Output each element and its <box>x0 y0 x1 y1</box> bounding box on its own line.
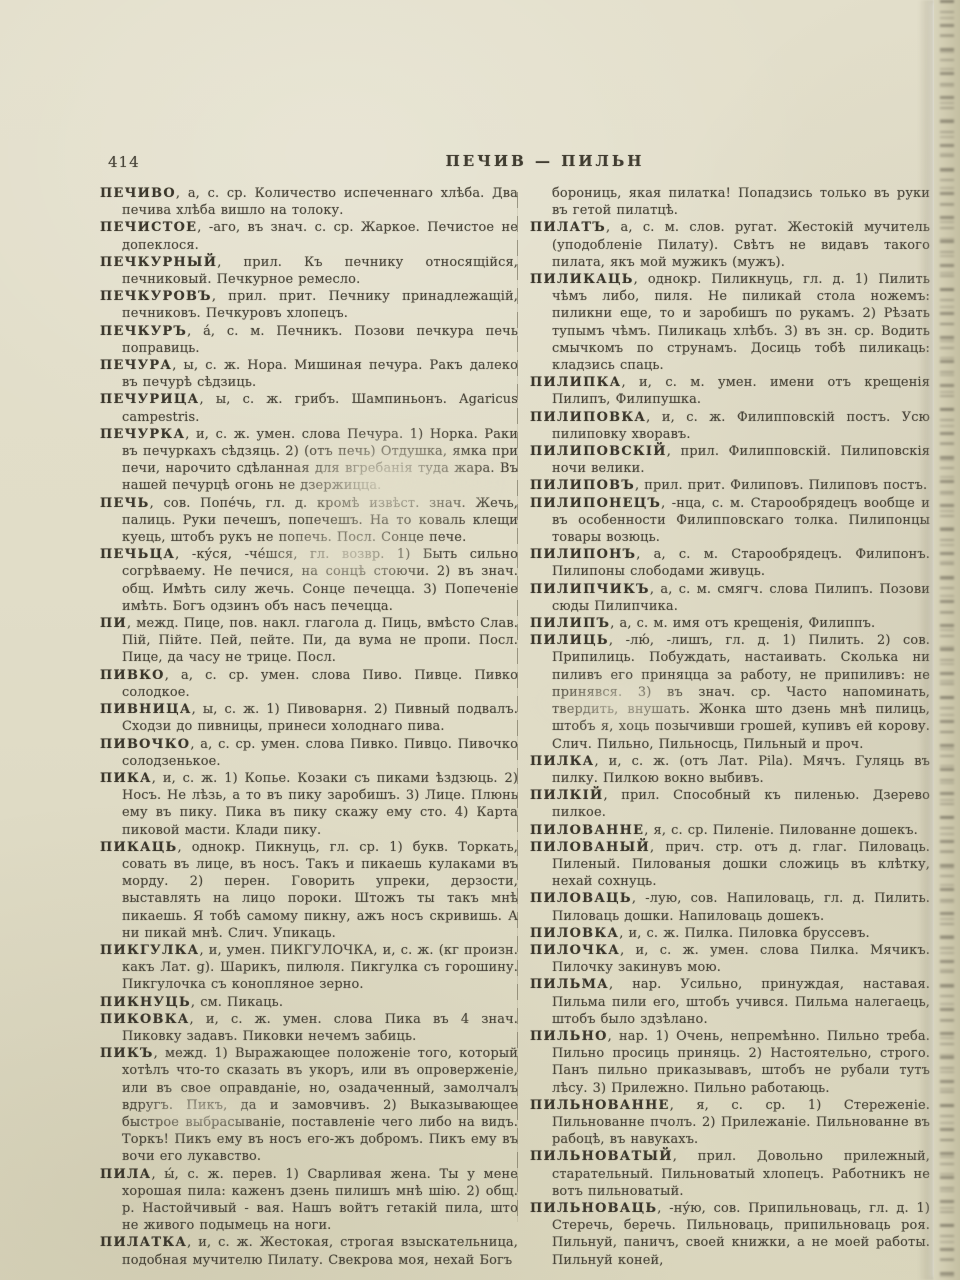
entry-headword: ПИВНИЦА <box>100 702 192 717</box>
entry-headword: ПЕЧИВО <box>100 186 176 201</box>
entry-body: , межд. Пице, пов. накл. глагола д. Пиць… <box>122 616 518 665</box>
entry-body: , и, с. ж. Пилка. Пиловка бруссевъ. <box>619 926 870 941</box>
dictionary-entry: ПИВНИЦА, ы, с. ж. 1) Пивоварня. 2) Пивны… <box>100 701 518 735</box>
entry-body: , однокр. Пикнуць, гл. ср. 1) букв. Торк… <box>122 840 518 941</box>
entry-headword: ПИЛА <box>100 1167 151 1182</box>
entry-headword: ПИКОВКА <box>100 1012 190 1027</box>
entry-headword: ПИКНУЦЬ <box>100 995 191 1010</box>
entry-headword: ПЕЧИСТОЕ <box>100 220 197 235</box>
entry-body: , а, с. ср. Количество испеченнаго хлѣба… <box>122 186 518 218</box>
entry-headword: ПИЛИПОВСКІЙ <box>530 444 667 459</box>
entry-headword: ПИ <box>100 616 127 631</box>
dictionary-entry: ПИЛИЦЬ, -лю́, -лишъ, гл. д. 1) Пилить. 2… <box>530 632 930 752</box>
dictionary-entry: ПИЛИКАЦЬ, однокр. Пиликнуць, гл. д. 1) П… <box>530 271 930 374</box>
entry-headword: ПИЛАТЪ <box>530 220 606 235</box>
dictionary-entry: ПИЛИПОВСКІЙ, прил. Филипповскій. Пилипов… <box>530 443 930 477</box>
entry-headword: ПИЛЬНОВАННЕ <box>530 1098 670 1113</box>
dictionary-entry: ПИЛОВАЦЬ, -лую, сов. Напиловаць, гл. д. … <box>530 890 930 924</box>
dictionary-entry: ПИЛИПОНЕЦЪ, -нца, с. м. Старообрядецъ во… <box>530 495 930 547</box>
dictionary-entry: ПЕЧИВО, а, с. ср. Количество испеченнаго… <box>100 185 518 219</box>
dictionary-entry: ПИЛЬНОВАЦЬ, -ну́ю, сов. Припильноваць, г… <box>530 1200 930 1269</box>
entry-body: борониць, якая пилатка! Попадзись только… <box>552 186 930 218</box>
dictionary-entry: ПИЛИПОВКА, и, с. ж. Филипповскій постъ. … <box>530 409 930 443</box>
dictionary-entry: ПИЛЬНОВАННЕ, я, с. ср. 1) Стереженіе. Пи… <box>530 1097 930 1149</box>
entry-headword: ПИЛИПЪ <box>530 616 610 631</box>
entry-headword: ПЕЧУРИЦА <box>100 392 199 407</box>
dictionary-entry: ПИВОЧКО, а, с. ср. умен. слова Пивко. Пи… <box>100 736 518 770</box>
dictionary-entry: ПИЛКА, и, с. ж. (отъ Лат. Pila). Мячъ. Г… <box>530 753 930 787</box>
dictionary-entry: ПИЛЬНОВАТЫЙ, прил. Довольно прилежный, с… <box>530 1148 930 1200</box>
entry-headword: ПИЛИПОВКА <box>530 410 646 425</box>
dictionary-entry: ПЕЧУРКА, и, с. ж. умен. слова Печура. 1)… <box>100 426 518 495</box>
dictionary-entry: ПИЛАТКА, и, с. ж. Жестокая, строгая взыс… <box>100 1234 518 1268</box>
entry-headword: ПИЛИПКА <box>530 375 621 390</box>
entry-headword: ПИЛЬНОВАЦЬ <box>530 1201 657 1216</box>
dictionary-entry: ПЕЧКУРОВЪ, прил. прит. Печнику принадлеж… <box>100 288 518 322</box>
entry-headword: ПИЛЬМА <box>530 977 609 992</box>
adjacent-page-text-smudge <box>940 0 954 1280</box>
dictionary-column-right: борониць, якая пилатка! Попадзись только… <box>530 185 930 1269</box>
dictionary-entry: борониць, якая пилатка! Попадзись только… <box>530 185 930 219</box>
running-header: ПЕЧИВ — ПИЛЬН <box>130 152 960 170</box>
dictionary-entry: ПИЛИПКА, и, с. м. умен. имени отъ крещен… <box>530 374 930 408</box>
entry-headword: ПИЛЬНО <box>530 1029 608 1044</box>
entry-headword: ПЕЧУРКА <box>100 427 185 442</box>
dictionary-entry: ПИ, межд. Пице, пов. накл. глагола д. Пи… <box>100 615 518 667</box>
dictionary-entry: ПИЛЬМА, нар. Усильно, принуждая, настава… <box>530 976 930 1028</box>
entry-headword: ПИЛКА <box>530 754 594 769</box>
dictionary-entry: ПЕЧУРИЦА, ы, с. ж. грибъ. Шампиньонъ. Ag… <box>100 391 518 425</box>
dictionary-entry: ПИКНУЦЬ, см. Пикаць. <box>100 994 518 1011</box>
entry-body: , и, с. ж. (отъ Лат. Pila). Мячъ. Гуляць… <box>552 754 930 786</box>
dictionary-entry: ПИКЪ, межд. 1) Выражающее положеніе того… <box>100 1045 518 1165</box>
entry-body: , см. Пикаць. <box>191 995 283 1010</box>
entry-headword: ПИЛОВАЦЬ <box>530 891 632 906</box>
entry-headword: ПИЛИЦЬ <box>530 633 609 648</box>
entry-body: , межд. 1) Выражающее положеніе того, ко… <box>122 1046 518 1164</box>
entry-body: , однокр. Пиликнуць, гл. д. 1) Пилить чѣ… <box>552 272 930 373</box>
dictionary-entry: ПИКОВКА, и, с. ж. умен. слова Пика въ 4 … <box>100 1011 518 1045</box>
dictionary-entry: ПЕЧКУРЪ, а́, с. м. Печникъ. Позови печку… <box>100 323 518 357</box>
dictionary-entry: ПЕЧЬ, сов. Попе́чь, гл. д. кромѣ извѣст.… <box>100 495 518 547</box>
entry-body: , нар. 1) Очень, непремѣнно. Пильно треб… <box>552 1029 930 1096</box>
dictionary-entry: ПИВКО, а, с. ср. умен. слова Пиво. Пивце… <box>100 667 518 701</box>
entry-headword: ПИЛИКАЦЬ <box>530 272 634 287</box>
entry-headword: ПИЛОВАНЫЙ <box>530 840 650 855</box>
dictionary-entry: ПИЛОВАНЫЙ, прич. стр. отъ д. глаг. Пилов… <box>530 839 930 891</box>
entry-headword: ПЕЧЬЦА <box>100 547 175 562</box>
entry-body: , -лю́, -лишъ, гл. д. 1) Пилить. 2) сов.… <box>552 633 930 751</box>
dictionary-entry: ПЕЧКУРНЫЙ, прил. Къ печнику относящійся,… <box>100 254 518 288</box>
dictionary-entry: ПЕЧЬЦА, -ку́ся, -че́шся, гл. возвр. 1) Б… <box>100 546 518 615</box>
dictionary-column-left: ПЕЧИВО, а, с. ср. Количество испеченнаго… <box>100 185 518 1269</box>
entry-headword: ПИКЪ <box>100 1046 154 1061</box>
entry-headword: ПЕЧКУРОВЪ <box>100 289 212 304</box>
entry-headword: ПИЛИПОНЕЦЪ <box>530 496 661 511</box>
entry-body: , ы, с. ж. Нора. Мишиная печура. Ракъ да… <box>122 358 518 390</box>
entry-headword: ПИКА <box>100 771 152 786</box>
entry-headword: ПИЛИПЧИКЪ <box>530 582 650 597</box>
dictionary-entry: ПЕЧУРА, ы, с. ж. Нора. Мишиная печура. Р… <box>100 357 518 391</box>
dictionary-entry: ПИЛКІЙ, прил. Способный къ пиленью. Дзер… <box>530 787 930 821</box>
column-divider-rule <box>517 192 518 1222</box>
adjacent-page-edge <box>934 0 960 1280</box>
entry-headword: ПЕЧЬ <box>100 496 150 511</box>
entry-headword: ПИЛКІЙ <box>530 788 604 803</box>
entry-body: , прил. Способный къ пиленью. Дзерево пи… <box>552 788 930 820</box>
dictionary-entry: ПИЛИПЪ, а, с. м. имя отъ крещенія, Филип… <box>530 615 930 632</box>
entry-headword: ПИЛИПОНЪ <box>530 547 636 562</box>
dictionary-entry: ПИЛИПОНЪ, а, с. м. Старообрядецъ. Филипо… <box>530 546 930 580</box>
entry-body: , нар. Усильно, принуждая, наставая. Пил… <box>552 977 930 1026</box>
entry-headword: ПЕЧКУРЪ <box>100 324 187 339</box>
entry-headword: ПИЛЬНОВАТЫЙ <box>530 1149 673 1164</box>
dictionary-entry: ПИКА, и, с. ж. 1) Копье. Козаки съ пикам… <box>100 770 518 839</box>
page-gutter-shadow <box>918 0 934 1280</box>
dictionary-entry: ПИКГУЛКА, и, умен. ПИКГУЛОЧКА, и, с. ж. … <box>100 942 518 994</box>
entry-body: , и, с. ж. 1) Копье. Козаки съ пиками ѣз… <box>122 771 518 838</box>
dictionary-entry: ПИЛОЧКА, и, с. ж. умен. слова Пилка. Мяч… <box>530 942 930 976</box>
entry-body: , ы́, с. ж. перев. 1) Сварливая жена. Ты… <box>122 1167 518 1234</box>
entry-headword: ПИКГУЛКА <box>100 943 199 958</box>
dictionary-entry: ПИКАЦЬ, однокр. Пикнуць, гл. ср. 1) букв… <box>100 839 518 942</box>
entry-headword: ПИЛОЧКА <box>530 943 620 958</box>
dictionary-entry: ПИЛОВАННЕ, я, с. ср. Пиленіе. Пилованне … <box>530 822 930 839</box>
entry-headword: ПИЛОВКА <box>530 926 619 941</box>
entry-headword: ПИВОЧКО <box>100 737 190 752</box>
entry-headword: ПИЛИПОВЪ <box>530 478 635 493</box>
entry-body: , а, с. ср. умен. слова Пиво. Пивце. Пив… <box>122 668 518 700</box>
dictionary-entry: ПИЛИПЧИКЪ, а, с. м. смягч. слова Пилипъ.… <box>530 581 930 615</box>
entry-headword: ПЕЧУРА <box>100 358 172 373</box>
dictionary-entry: ПИЛАТЪ, а, с. м. слов. ругат. Жестокій м… <box>530 219 930 271</box>
entry-headword: ПЕЧКУРНЫЙ <box>100 255 217 270</box>
entry-body: , а, с. м. слов. ругат. Жестокій мучител… <box>552 220 930 269</box>
entry-headword: ПИЛОВАННЕ <box>530 823 644 838</box>
entry-body: , я, с. ср. Пиленіе. Пилованне дошекъ. <box>644 823 918 838</box>
dictionary-entry: ПИЛЬНО, нар. 1) Очень, непремѣнно. Пильн… <box>530 1028 930 1097</box>
dictionary-entry: ПИЛИПОВЪ, прил. прит. Филиповъ. Пилиповъ… <box>530 477 930 494</box>
entry-headword: ПИЛАТКА <box>100 1235 187 1250</box>
entry-body: , а, с. м. имя отъ крещенія, Филиппъ. <box>610 616 875 631</box>
dictionary-entry: ПИЛА, ы́, с. ж. перев. 1) Сварливая жена… <box>100 1166 518 1235</box>
entry-body: , сов. Попе́чь, гл. д. кромѣ извѣст. зна… <box>122 496 518 545</box>
entry-body: , прил. прит. Филиповъ. Пилиповъ постъ. <box>635 478 927 493</box>
dictionary-entry: ПЕЧИСТОЕ, -аго, въ знач. с. ср. Жаркое. … <box>100 219 518 253</box>
entry-body: , -ку́ся, -че́шся, гл. возвр. 1) Быть си… <box>122 547 518 614</box>
entry-headword: ПИКАЦЬ <box>100 840 177 855</box>
entry-headword: ПИВКО <box>100 668 165 683</box>
dictionary-entry: ПИЛОВКА, и, с. ж. Пилка. Пиловка бруссев… <box>530 925 930 942</box>
